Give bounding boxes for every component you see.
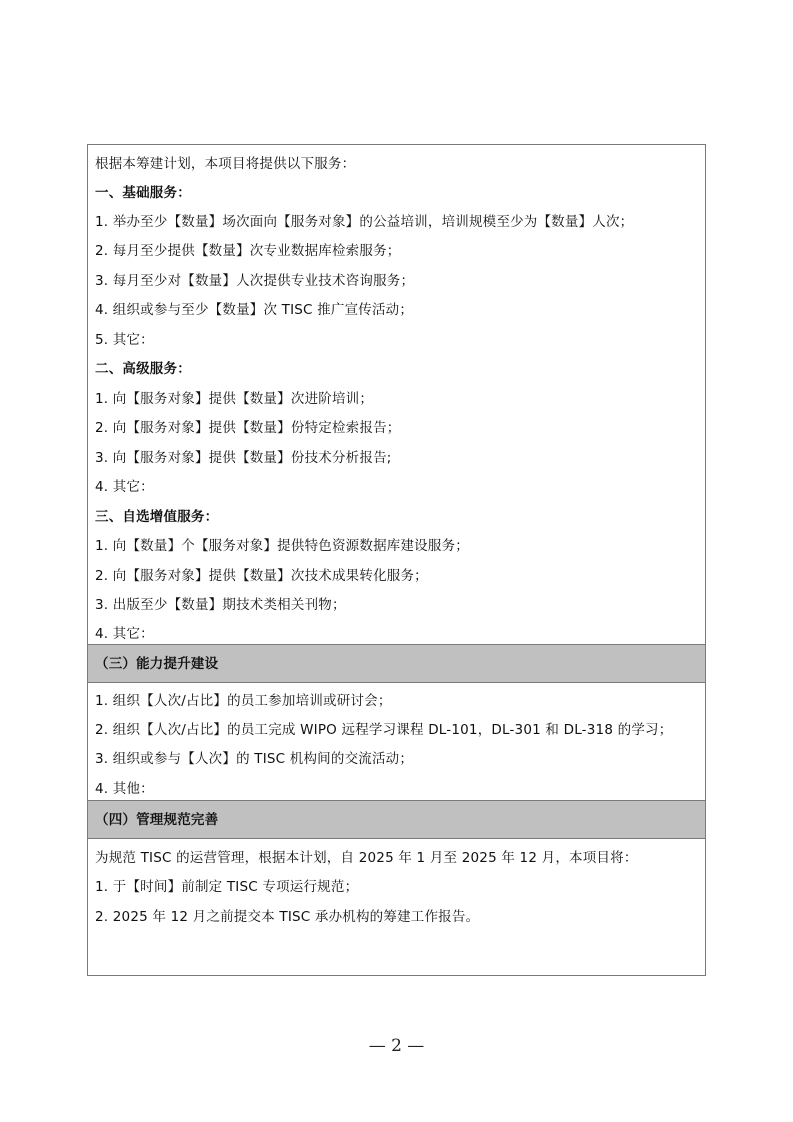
list-item: 1. 向【服务对象】提供【数量】次进阶培训； [95, 391, 373, 407]
section-header-management: （四）管理规范完善 [88, 800, 705, 839]
list-item: 1. 于【时间】前制定 TISC 专项运行规范； [95, 879, 358, 895]
list-item: 1. 组织【人次/占比】的员工参加培训或研讨会； [95, 693, 392, 709]
list-item: 1. 举办至少【数量】场次面向【服务对象】的公益培训，培训规模至少为【数量】人次… [95, 214, 633, 230]
list-item: 4. 其他： [95, 781, 154, 797]
list-item: 4. 其它： [95, 626, 154, 642]
list-item: 4. 其它： [95, 479, 154, 495]
services-table: 根据本筹建计划，本项目将提供以下服务： 一、基础服务： 1. 举办至少【数量】场… [87, 144, 706, 976]
list-item: 4. 组织或参与至少【数量】次 TISC 推广宣传活动； [95, 302, 413, 318]
section-heading: （四）管理规范完善 [95, 812, 218, 828]
advanced-services-heading: 二、高级服务： [95, 361, 191, 377]
list-item: 5. 其它： [95, 332, 154, 348]
section-header-capability: （三）能力提升建设 [88, 644, 705, 683]
list-item: 2. 组织【人次/占比】的员工完成 WIPO 远程学习课程 DL-101，DL-… [95, 722, 672, 738]
list-item: 3. 向【服务对象】提供【数量】份技术分析报告; [95, 450, 392, 466]
page-number: — 2 — [0, 1036, 793, 1056]
list-item: 1. 向【数量】个【服务对象】提供特色资源数据库建设服务； [95, 538, 469, 554]
list-item: 3. 组织或参与【人次】的 TISC 机构间的交流活动； [95, 751, 413, 767]
list-item: 3. 出版至少【数量】期技术类相关刊物； [95, 597, 346, 613]
section-heading: （三）能力提升建设 [95, 656, 218, 672]
list-item: 2. 每月至少提供【数量】次专业数据库检索服务； [95, 243, 400, 259]
list-item: 2. 向【服务对象】提供【数量】次技术成果转化服务； [95, 568, 428, 584]
list-item: 3. 每月至少对【数量】人次提供专业技术咨询服务； [95, 273, 414, 289]
optional-services-heading: 三、自选增值服务： [95, 509, 218, 525]
management-intro: 为规范 TISC 的运营管理，根据本计划，自 2025 年 1 月至 2025 … [95, 850, 638, 866]
list-item: 2. 向【服务对象】提供【数量】份特定检索报告； [95, 420, 400, 436]
intro-text: 根据本筹建计划，本项目将提供以下服务： [95, 156, 355, 172]
list-item: 2. 2025 年 12 月之前提交本 TISC 承办机构的筹建工作报告。 [95, 909, 479, 925]
basic-services-heading: 一、基础服务： [95, 185, 191, 201]
